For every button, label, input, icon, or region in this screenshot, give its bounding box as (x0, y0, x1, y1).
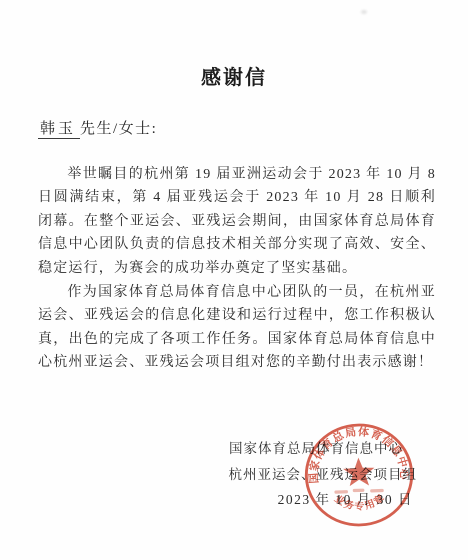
recipient-name: 韩玉 (38, 121, 80, 139)
paragraph-2: 作为国家体育总局体育信息中心团队的一员，在杭州亚运会、亚残运会的信息化建设和运行… (38, 281, 436, 375)
scan-smudge (361, 10, 367, 14)
letter-body: 举世瞩目的杭州第 19 届亚洲运动会于 2023 年 10 月 8 日圆满结束，… (38, 163, 436, 375)
signature-block: 国家体育总局体育信息中心 杭州亚运会、亚残运会项目组 2023 年 10 月 3… (229, 436, 418, 513)
letter-page: 感谢信 韩玉先生/女士: 举世瞩目的杭州第 19 届亚洲运动会于 2023 年 … (0, 0, 468, 560)
paragraph-1: 举世瞩目的杭州第 19 届亚洲运动会于 2023 年 10 月 8 日圆满结束，… (38, 163, 436, 280)
salutation-line: 韩玉先生/女士: (38, 117, 157, 138)
letter-title: 感谢信 (0, 0, 468, 90)
signature-org-line2: 杭州亚运会、亚残运会项目组 (229, 462, 418, 488)
signature-org-line1: 国家体育总局体育信息中心 (229, 436, 418, 462)
signature-date: 2023 年 10 月 30 日 (229, 487, 418, 513)
salutation-suffix: 先生/女士: (80, 121, 157, 137)
